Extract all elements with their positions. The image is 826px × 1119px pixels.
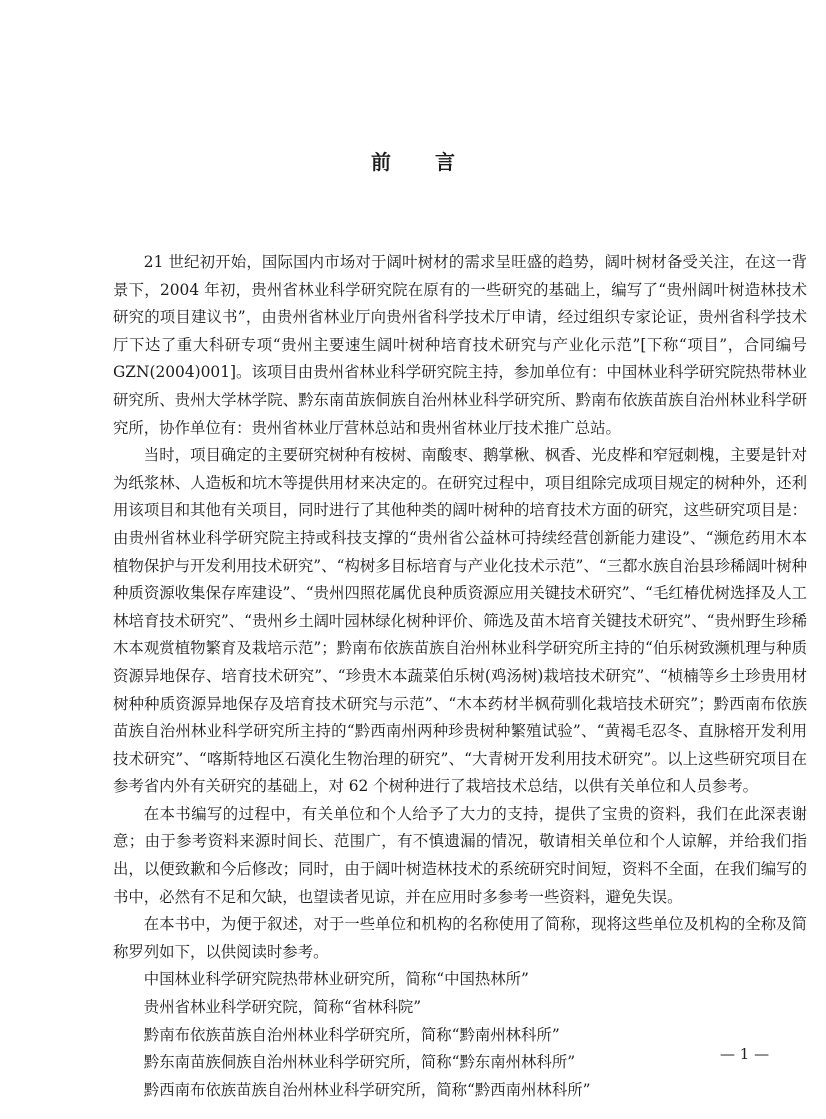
paragraph-background: 21 世纪初开始，国际国内市场对于阔叶树材的需求呈旺盛的趋势，阔叶树材备受关注，… — [113, 249, 807, 442]
page-number: — 1 — — [720, 1045, 769, 1063]
abbreviation-item: 中国林业科学研究院热带林业研究所，简称“中国热林所” — [113, 966, 807, 994]
paragraph-research-projects: 当时，项目确定的主要研究树种有桉树、南酸枣、鹅掌楸、枫香、光皮桦和窄冠刺槐，主要… — [113, 442, 807, 801]
paragraph-acknowledgement: 在本书编写的过程中，有关单位和个人给予了大力的支持，提供了宝贵的资料，我们在此深… — [113, 801, 807, 911]
page-title-char-1: 前 — [371, 146, 391, 175]
page-title-char-2: 言 — [435, 146, 455, 175]
paragraph-abbreviation-intro: 在本书中，为便于叙述，对于一些单位和机构的名称使用了简称，现将这些单位及机构的全… — [113, 911, 807, 966]
abbreviation-list: 中国林业科学研究院热带林业研究所，简称“中国热林所” 贵州省林业科学研究院，简称… — [113, 966, 807, 1104]
abbreviation-item: 黔西南布依族苗族自治州林业科学研究所，简称“黔西南州林科所” — [113, 1077, 807, 1105]
preface-body: 21 世纪初开始，国际国内市场对于阔叶树材的需求呈旺盛的趋势，阔叶树材备受关注，… — [113, 249, 807, 1104]
page-title: 前言 — [0, 146, 826, 175]
abbreviation-item: 黔南布依族苗族自治州林业科学研究所，简称“黔南州林科所” — [113, 1022, 807, 1050]
abbreviation-item: 贵州省林业科学研究院，简称“省林科院” — [113, 994, 807, 1022]
abbreviation-item: 黔东南苗族侗族自治州林业科学研究所，简称“黔东南州林科所” — [113, 1049, 807, 1077]
